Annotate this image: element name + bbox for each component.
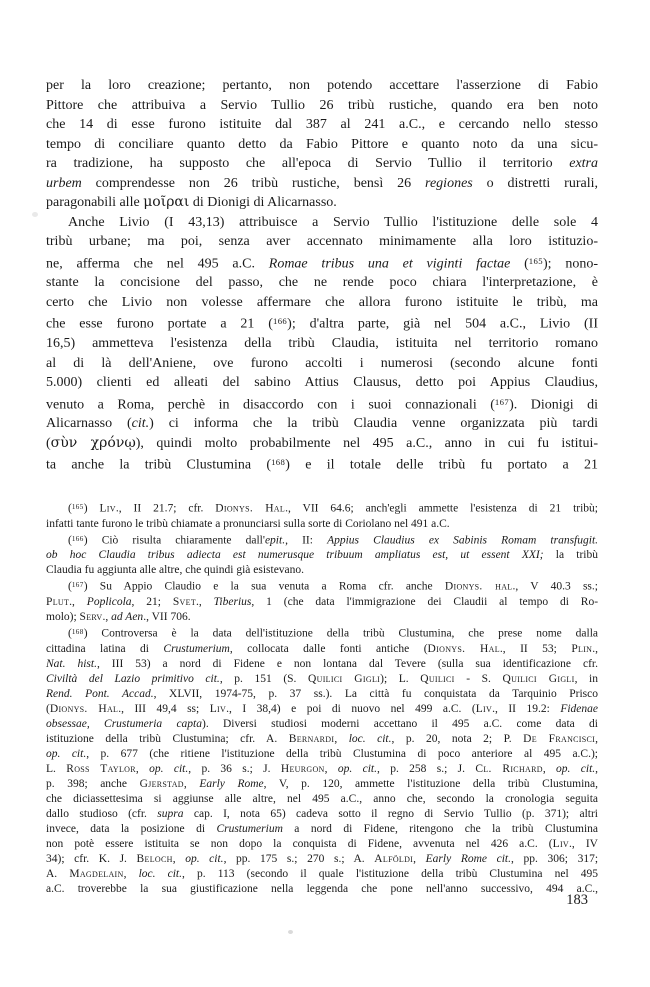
text-segment: Anche Livio (I 43,13) attribuisce a Serv…: [68, 215, 598, 230]
text-segment: ,: [595, 763, 598, 775]
text-segment: , p. 677 (che ritiene l'istituzione dell…: [86, 748, 598, 760]
text-segment: .,: [592, 643, 598, 655]
text-segment: ,: [413, 853, 426, 865]
text-segment: a nord di Fidene, ritengono che la tribù…: [283, 823, 598, 835]
text-segment: ); L.: [380, 673, 420, 685]
text-segment: A.: [46, 868, 69, 880]
text-segment: ) Su Appio Claudio e la sua venuta a Rom…: [84, 581, 445, 593]
text-line: che esse furono portate a 21 (166); d'al…: [46, 312, 598, 334]
text-segment: tempo di conciliare quanto detto da Fabi…: [46, 137, 598, 152]
text-line: urbem comprendesse non 26 tribù rustiche…: [46, 174, 598, 194]
text-segment: ., I 38,4) e poi di nuovo nel 499 a.C. (: [226, 703, 476, 715]
text-line: Nat. hist., III 53) a nord di Fidene e n…: [46, 657, 598, 672]
text-segment: ) Controversa è la data dell'istituzione…: [84, 628, 598, 640]
text-segment: Bernardi: [289, 733, 335, 745]
text-segment: ., III 49,4 ss;: [118, 703, 209, 715]
text-segment: non potè essere istituita se non dopo la…: [46, 838, 553, 850]
text-segment: ) Ciò risulta chiaramente dall': [84, 534, 265, 546]
text-segment: Early Rome: [199, 778, 263, 790]
text-segment: Appius Claudius ex Sabinis Romam transfu…: [327, 534, 598, 546]
footnote-reference: 167: [72, 581, 84, 589]
text-segment: , V, p. 120, ammette l'istituzione della…: [264, 778, 598, 790]
scan-speck: [32, 212, 38, 217]
text-segment: - S.: [455, 673, 503, 685]
text-segment: epit.: [265, 534, 285, 546]
text-segment: p. 398; anche: [46, 778, 140, 790]
footnote-reference: 168: [271, 457, 285, 467]
text-segment: regiones: [425, 176, 473, 191]
text-line: L. Ross Taylor, op. cit., p. 36 s.; J. H…: [46, 762, 598, 777]
text-segment: .,: [196, 596, 214, 608]
text-line: paragonabili alle μοῖραι di Dionigi di A…: [46, 193, 598, 213]
text-segment: Gjerstad: [140, 778, 184, 790]
text-segment: ., VII 706.: [143, 611, 190, 623]
text-segment: Pittore che attribuiva a Servio Tullio 2…: [46, 98, 598, 113]
text-segment: ., VII 64.6; anch'egli ammette l'esisten…: [285, 503, 598, 515]
book-page: { "page": { "number": "183", "background…: [0, 0, 650, 987]
text-segment: 34); cfr. K. J.: [46, 853, 137, 865]
text-segment: ., V 40.3 ss.;: [512, 581, 598, 593]
text-line: (Dionys. Hal., III 49,4 ss; Liv., I 38,4…: [46, 702, 598, 717]
text-segment: μοῖραι: [143, 194, 189, 210]
text-line: ne, afferma che nel 495 a.C. Romae tribu…: [46, 252, 598, 274]
text-segment: , XLVII, 1974-75, p. 37 ss.). La città f…: [154, 688, 598, 700]
text-segment: paragonabili alle: [46, 195, 143, 210]
text-line: Pittore che attribuiva a Servio Tullio 2…: [46, 96, 598, 116]
text-segment: Dionys. hal: [445, 581, 513, 593]
text-segment: extra: [569, 156, 598, 171]
text-line: (σὺν χρόνῳ), quindi molto probabilmente …: [46, 434, 598, 454]
text-segment: o distretti rurali,: [473, 176, 598, 191]
text-segment: , III 53) a nord di Fidene e non lontana…: [97, 658, 598, 670]
text-line: (165) Liv., II 21.7; cfr. Dionys. Hal., …: [46, 500, 598, 517]
text-segment: , p. 36 s.; J.: [188, 763, 281, 775]
text-line: p. 398; anche Gjerstad, Early Rome, V, p…: [46, 777, 598, 792]
text-segment: ,: [184, 778, 199, 790]
text-line: 34); cfr. K. J. Beloch, op. cit., pp. 17…: [46, 852, 598, 867]
text-segment: ), quindi molto probabilmente nel 495 a.…: [136, 436, 598, 451]
text-segment: , pp. 306; 317;: [511, 853, 598, 865]
text-segment: op. cit.: [338, 763, 377, 775]
text-segment: al di là dell'Aniene, ove furono accolti…: [46, 356, 598, 371]
text-segment: Nat. hist.: [46, 658, 97, 670]
text-segment: tribù urbane; ma poi, senza aver accenna…: [46, 234, 598, 249]
text-segment: Dionys. Hal: [428, 643, 500, 655]
text-segment: Dionys. Hal: [50, 703, 118, 715]
text-segment: loc. cit.: [139, 868, 182, 880]
text-line: (166) Ciò risulta chiaramente dall'epit.…: [46, 532, 598, 549]
text-segment: , pp. 175 s.; 270 s.; A.: [224, 853, 375, 865]
text-line: obsessae, Crustumeria capta). Diversi st…: [46, 717, 598, 732]
text-line: 5.000) clienti ed alleati del sabino Att…: [46, 373, 598, 393]
footnote-reference: 165: [72, 503, 84, 511]
text-segment: .,: [103, 611, 112, 623]
text-segment: ra tradizione, ha supposto che all'epoca…: [46, 156, 569, 171]
text-segment: ne, afferma che nel 495 a.C.: [46, 256, 269, 271]
text-segment: Liv: [476, 703, 492, 715]
text-segment: cittadina latina di: [46, 643, 163, 655]
text-segment: Crustumerium: [163, 643, 229, 655]
text-segment: obsessae, Crustumeria capta: [46, 718, 202, 730]
text-segment: Ross Taylor: [66, 763, 136, 775]
main-text: per la loro creazione; pertanto, non pot…: [46, 76, 598, 475]
text-segment: comprendesse non 26 tribù rustiche, bens…: [82, 176, 425, 191]
text-segment: , in: [575, 673, 598, 685]
text-segment: 5.000) clienti ed alleati del sabino Att…: [46, 375, 598, 390]
footnote-reference: 165: [529, 256, 543, 266]
text-segment: ta anche la tribù Clustumina (: [46, 458, 271, 473]
footnote-reference: 166: [72, 535, 84, 543]
text-segment: ,: [173, 853, 186, 865]
text-segment: istituzione della tribù Clustumina; cfr.…: [46, 733, 289, 745]
text-segment: ,: [136, 763, 149, 775]
text-segment: ,: [595, 733, 598, 745]
text-segment: che esse furono portate a 21 (: [46, 317, 273, 332]
text-segment: op. cit.: [149, 763, 188, 775]
text-segment: dallo studioso (cfr.: [46, 808, 157, 820]
text-line: tempo di conciliare quanto detto da Fabi…: [46, 135, 598, 155]
text-segment: L.: [46, 763, 66, 775]
footnote: (165) Liv., II 21.7; cfr. Dionys. Hal., …: [46, 500, 598, 532]
text-segment: Crustumerium: [216, 823, 282, 835]
text-segment: Civiltà del Lazio primitivo cit.: [46, 673, 220, 685]
footnote-reference: 166: [273, 316, 287, 326]
text-segment: , p. 151 (S.: [220, 673, 308, 685]
footnote: (166) Ciò risulta chiaramente dall'epit.…: [46, 532, 598, 579]
text-line: tribù urbane; ma poi, senza aver accenna…: [46, 232, 598, 252]
text-segment: Alicarnasso (: [46, 416, 132, 431]
text-segment: , p. 258 s.; J.: [377, 763, 475, 775]
text-line: che 14 di esse furono istituite dal 387 …: [46, 115, 598, 135]
footnote: (167) Su Appio Claudio e la sua venuta a…: [46, 578, 598, 625]
text-segment: cit.: [132, 416, 150, 431]
paragraph: Anche Livio (I 43,13) attribuisce a Serv…: [46, 213, 598, 476]
text-segment: .,: [69, 596, 87, 608]
text-line: al di là dell'Aniene, ove furono accolti…: [46, 354, 598, 374]
page-number: 183: [46, 892, 598, 909]
text-segment: cap. I, nota 65) cadeva sotto il regno d…: [184, 808, 599, 820]
text-segment: molo);: [46, 611, 80, 623]
text-segment: ,: [325, 763, 338, 775]
text-segment: Liv: [553, 838, 569, 850]
text-line: dallo studioso (cfr. supra cap. I, nota …: [46, 807, 598, 822]
text-segment: op. cit.: [185, 853, 223, 865]
text-segment: Rend. Pont. Accad.: [46, 688, 154, 700]
text-segment: ,: [543, 763, 556, 775]
text-segment: (: [510, 256, 528, 271]
text-segment: venuto a Roma, perchè in disaccordo con …: [46, 397, 495, 412]
text-line: (168) Controversa è la data dell'istituz…: [46, 625, 598, 642]
text-segment: per la loro creazione; pertanto, non pot…: [46, 78, 598, 93]
text-line: A. Magdelain, loc. cit., p. 113 (secondo…: [46, 867, 598, 882]
text-segment: urbem: [46, 176, 82, 191]
text-segment: Serv: [80, 611, 103, 623]
text-segment: supra: [157, 808, 183, 820]
text-segment: 16,5) ammetteva l'esistenza della tribù …: [46, 336, 598, 351]
text-line: ra tradizione, ha supposto che all'epoca…: [46, 154, 598, 174]
text-segment: Beloch: [137, 853, 173, 865]
text-segment: infatti tante furono le tribù chiamate a…: [46, 518, 450, 530]
text-segment: Early Rome cit.: [426, 853, 511, 865]
text-segment: σὺν χρόνῳ: [51, 435, 136, 451]
scan-speck: [288, 930, 293, 934]
text-line: Civiltà del Lazio primitivo cit., p. 151…: [46, 672, 598, 687]
text-line: infatti tante furono le tribù chiamate a…: [46, 517, 598, 532]
text-segment: ad Aen: [111, 611, 143, 623]
text-segment: , II:: [285, 534, 327, 546]
text-line: non potè essere istituita se non dopo la…: [46, 837, 598, 852]
text-line: ob hoc Claudia tribus adiecta est numeru…: [46, 548, 598, 563]
text-segment: ). Dionigi di: [509, 397, 598, 412]
text-segment: , collocata dalle fonti antiche (: [230, 643, 428, 655]
text-segment: Fidenae: [560, 703, 598, 715]
text-segment: , 1 (che data l'immigrazione dei Claudii…: [251, 596, 598, 608]
text-segment: ) e il totale delle tribù fu portato a 2…: [285, 458, 598, 473]
text-segment: Dionys. Hal: [215, 503, 285, 515]
text-segment: Quilici Gigli: [503, 673, 575, 685]
text-line: Rend. Pont. Accad., XLVII, 1974-75, p. 3…: [46, 687, 598, 702]
text-segment: Plin: [571, 643, 592, 655]
text-segment: ., IV: [569, 838, 598, 850]
text-segment: ); d'altra parte, già nel 504 a.C., Livi…: [287, 317, 598, 332]
footnote-reference: 167: [495, 397, 509, 407]
text-line: Plut., Poplicola, 21; Svet., Tiberius, 1…: [46, 595, 598, 610]
text-line: 16,5) ammetteva l'esistenza della tribù …: [46, 334, 598, 354]
text-line: op. cit., p. 677 (che ritiene l'istituzi…: [46, 747, 598, 762]
footnotes: (165) Liv., II 21.7; cfr. Dionys. Hal., …: [46, 500, 598, 897]
text-segment: Magdelain: [69, 868, 123, 880]
text-segment: certo che Livio non volesse affermare ch…: [46, 295, 598, 310]
text-line: venuto a Roma, perchè in disaccordo con …: [46, 393, 598, 415]
text-segment: Liv: [210, 703, 226, 715]
text-segment: che diciassettesima si aggiunse alle alt…: [46, 793, 598, 805]
text-segment: ) ci informa che la tribù Claudia venne …: [149, 416, 598, 431]
text-line: ta anche la tribù Clustumina (168) e il …: [46, 453, 598, 475]
text-line: per la loro creazione; pertanto, non pot…: [46, 76, 598, 96]
text-segment: Tiberius: [214, 596, 252, 608]
text-segment: Plut: [46, 596, 69, 608]
text-segment: di Dionigi di Alicarnasso.: [189, 195, 336, 210]
text-line: Alicarnasso (cit.) ci informa che la tri…: [46, 414, 598, 434]
text-segment: invece, data la posizione di: [46, 823, 216, 835]
text-line: certo che Livio non volesse affermare ch…: [46, 293, 598, 313]
text-line: cittadina latina di Crustumerium, colloc…: [46, 642, 598, 657]
text-segment: Poplicola: [87, 596, 132, 608]
text-segment: Alföldi: [374, 853, 413, 865]
text-segment: ); nono-: [543, 256, 598, 271]
text-line: invece, data la posizione di Crustumeriu…: [46, 822, 598, 837]
text-line: Claudia fu aggiunta alle altre, che quin…: [46, 563, 598, 578]
text-segment: ,: [334, 733, 348, 745]
text-segment: loc. cit.: [349, 733, 392, 745]
text-line: molo); Serv., ad Aen., VII 706.: [46, 610, 598, 625]
text-segment: ): [84, 503, 100, 515]
text-segment: la tribù: [544, 549, 598, 561]
text-segment: Svet: [173, 596, 196, 608]
text-line: che diciassettesima si aggiunse alle alt…: [46, 792, 598, 807]
text-segment: Heurgon: [281, 763, 325, 775]
text-segment: ob hoc Claudia tribus adiecta est numeru…: [46, 549, 544, 561]
text-segment: Claudia fu aggiunta alle altre, che quin…: [46, 564, 304, 576]
text-segment: Liv: [99, 503, 115, 515]
text-segment: op. cit.: [46, 748, 86, 760]
text-line: stante la concisione del passo, che ne r…: [46, 273, 598, 293]
paragraph: per la loro creazione; pertanto, non pot…: [46, 76, 598, 213]
text-segment: ., II 21.7; cfr.: [116, 503, 215, 515]
text-segment: Quilici Gigli: [308, 673, 380, 685]
footnote: (168) Controversa è la data dell'istituz…: [46, 625, 598, 897]
text-segment: Cl. Richard: [475, 763, 542, 775]
text-segment: De Francisci: [523, 733, 595, 745]
footnote-reference: 168: [72, 628, 84, 636]
text-segment: ., II 53;: [500, 643, 571, 655]
text-line: istituzione della tribù Clustumina; cfr.…: [46, 732, 598, 747]
text-segment: ,: [124, 868, 139, 880]
text-segment: ). Diversi studiosi moderni accettano il…: [202, 718, 598, 730]
text-segment: stante la concisione del passo, che ne r…: [46, 275, 598, 290]
text-segment: , p. 113 (secondo il quale l'istituzione…: [182, 868, 598, 880]
text-segment: , 21;: [132, 596, 173, 608]
text-segment: op. cit.: [556, 763, 595, 775]
text-segment: , p. 20, nota 2; P.: [392, 733, 524, 745]
text-segment: che 14 di esse furono istituite dal 387 …: [46, 117, 598, 132]
text-segment: Romae tribus una et viginti factae: [269, 256, 511, 271]
text-line: Anche Livio (I 43,13) attribuisce a Serv…: [46, 213, 598, 233]
text-line: (167) Su Appio Claudio e la sua venuta a…: [46, 578, 598, 595]
text-segment: Quilici: [420, 673, 454, 685]
text-segment: ., II 19.2:: [492, 703, 560, 715]
